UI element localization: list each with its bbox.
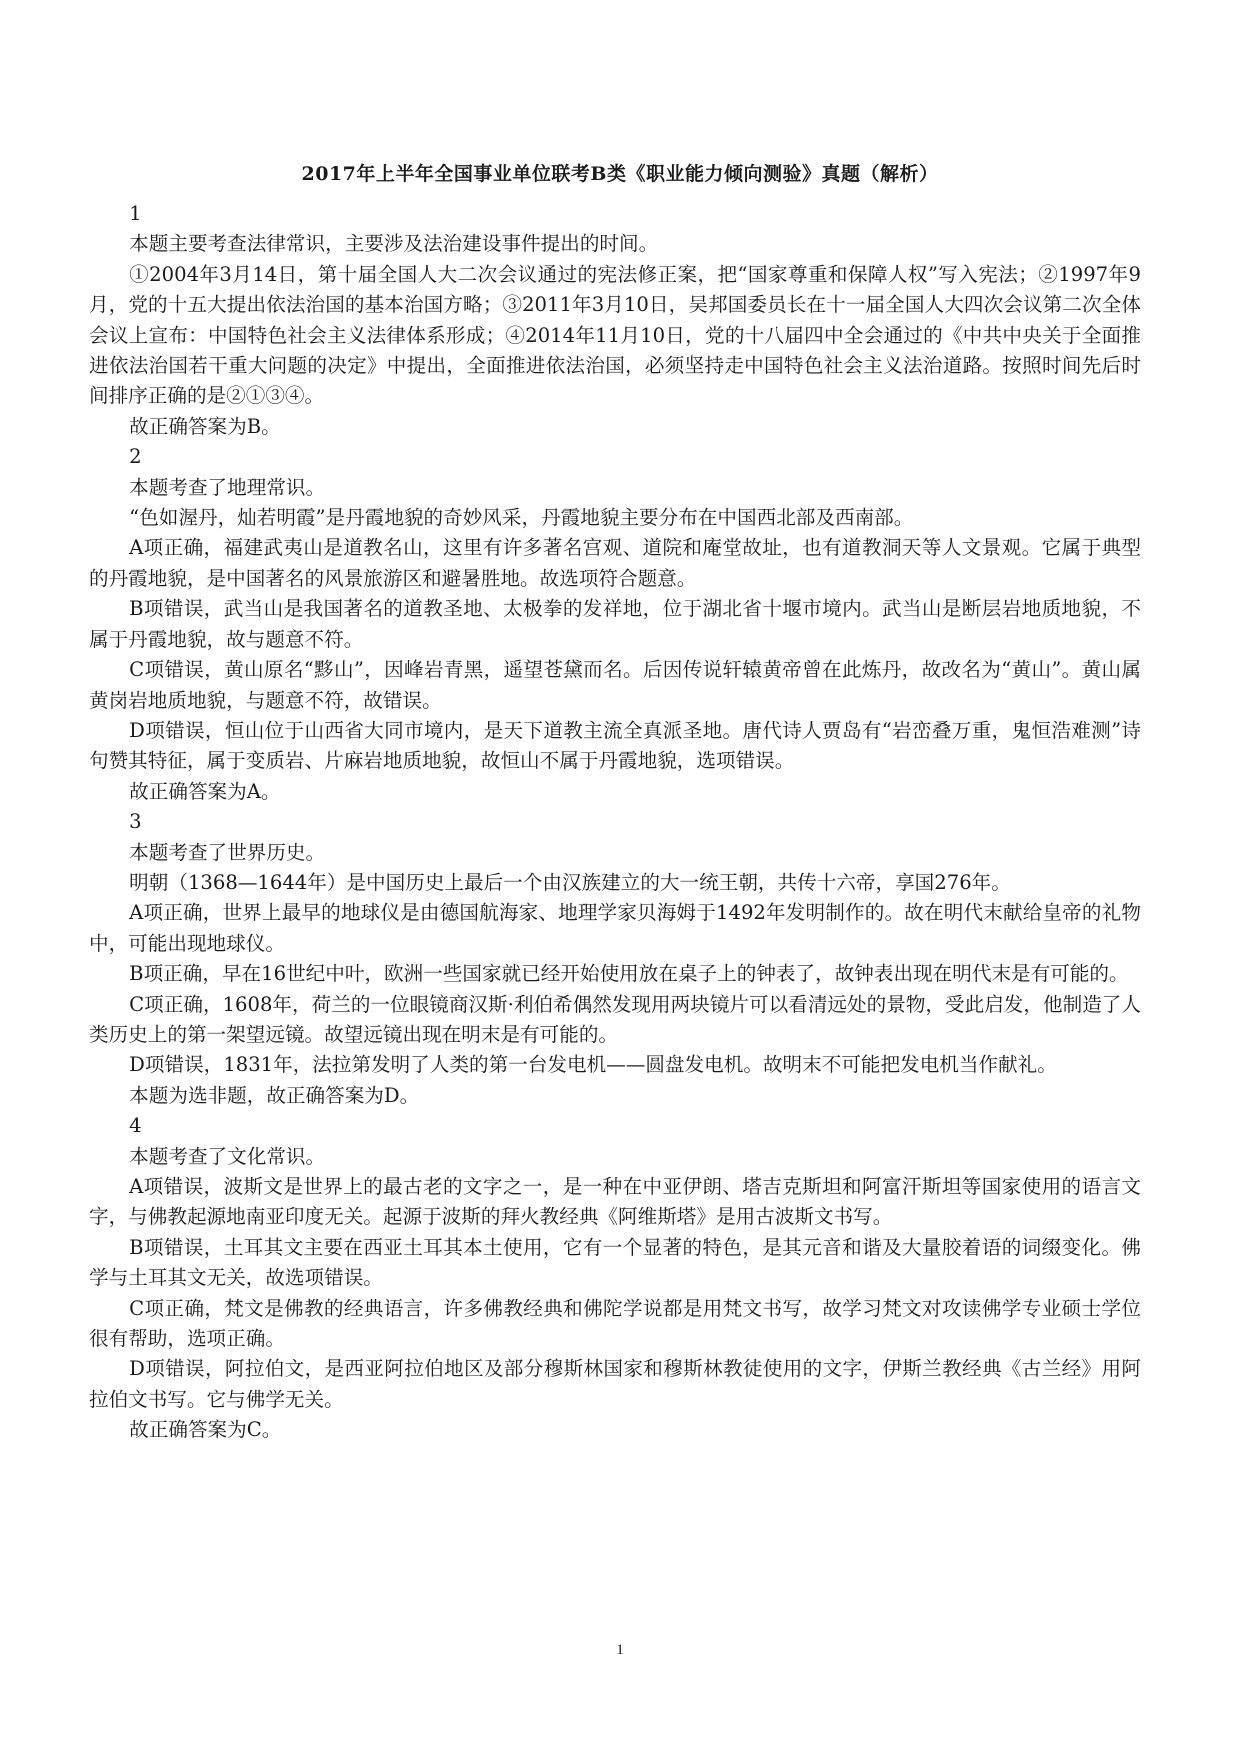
paragraph: 本题主要考查法律常识，主要涉及法治建设事件提出的时间。 xyxy=(89,229,1141,259)
paragraph: 本题考查了文化常识。 xyxy=(89,1142,1141,1172)
paragraph: D项错误，恒山位于山西省大同市境内，是天下道教主流全真派圣地。唐代诗人贾岛有“岩… xyxy=(89,716,1141,777)
paragraph: C项错误，黄山原名“黟山”，因峰岩青黑，遥望苍黛而名。后因传说轩辕黄帝曾在此炼丹… xyxy=(89,655,1141,716)
paragraph: B项错误，土耳其文主要在西亚土耳其本土使用，它有一个显著的特色，是其元音和谐及大… xyxy=(89,1233,1141,1294)
question-number: 2 xyxy=(89,442,1141,472)
paragraph: B项正确，早在16世纪中叶，欧洲一些国家就已经开始使用放在桌子上的钟表了，故钟表… xyxy=(89,959,1141,989)
document-page: 2017年上半年全国事业单位联考B类《职业能力倾向测验》真题（解析） 1 本题主… xyxy=(0,0,1240,1754)
answer-line: 故正确答案为C。 xyxy=(89,1415,1141,1445)
paragraph: 本题考查了地理常识。 xyxy=(89,473,1141,503)
question-4: 4 本题考查了文化常识。 A项错误，波斯文是世界上的最古老的文字之一，是一种在中… xyxy=(89,1111,1141,1445)
answer-line: 故正确答案为B。 xyxy=(89,412,1141,442)
answer-line: 故正确答案为A。 xyxy=(89,777,1141,807)
question-2: 2 本题考查了地理常识。 “色如渥丹，灿若明霞”是丹霞地貌的奇妙风采，丹霞地貌主… xyxy=(89,442,1141,807)
paragraph: D项错误，阿拉伯文，是西亚阿拉伯地区及部分穆斯林国家和穆斯林教徒使用的文字，伊斯… xyxy=(89,1354,1141,1415)
document-title: 2017年上半年全国事业单位联考B类《职业能力倾向测验》真题（解析） xyxy=(0,162,1240,186)
paragraph: D项错误，1831年，法拉第发明了人类的第一台发电机——圆盘发电机。故明末不可能… xyxy=(89,1050,1141,1080)
question-number: 4 xyxy=(89,1111,1141,1141)
document-body: 1 本题主要考查法律常识，主要涉及法治建设事件提出的时间。 ①2004年3月14… xyxy=(89,199,1141,1446)
paragraph: ①2004年3月14日，第十届全国人大二次会议通过的宪法修正案，把“国家尊重和保… xyxy=(89,260,1141,412)
question-1: 1 本题主要考查法律常识，主要涉及法治建设事件提出的时间。 ①2004年3月14… xyxy=(89,199,1141,442)
paragraph: A项正确，世界上最早的地球仪是由德国航海家、地理学家贝海姆于1492年发明制作的… xyxy=(89,898,1141,959)
paragraph: 明朝（1368—1644年）是中国历史上最后一个由汉族建立的大一统王朝，共传十六… xyxy=(89,868,1141,898)
question-number: 3 xyxy=(89,807,1141,837)
paragraph: A项正确，福建武夷山是道教名山，这里有许多著名宫观、道院和庵堂故址，也有道教洞天… xyxy=(89,533,1141,594)
question-number: 1 xyxy=(89,199,1141,229)
paragraph: “色如渥丹，灿若明霞”是丹霞地貌的奇妙风采，丹霞地貌主要分布在中国西北部及西南部… xyxy=(89,503,1141,533)
paragraph: B项错误，武当山是我国著名的道教圣地、太极拳的发祥地，位于湖北省十堰市境内。武当… xyxy=(89,594,1141,655)
paragraph: 本题考查了世界历史。 xyxy=(89,838,1141,868)
page-number: 1 xyxy=(0,1642,1240,1659)
paragraph: A项错误，波斯文是世界上的最古老的文字之一，是一种在中亚伊朗、塔吉克斯坦和阿富汗… xyxy=(89,1172,1141,1233)
paragraph: C项正确，梵文是佛教的经典语言，许多佛教经典和佛陀学说都是用梵文书写，故学习梵文… xyxy=(89,1294,1141,1355)
answer-line: 本题为选非题，故正确答案为D。 xyxy=(89,1081,1141,1111)
paragraph: C项正确，1608年，荷兰的一位眼镜商汉斯·利伯希偶然发现用两块镜片可以看清远处… xyxy=(89,990,1141,1051)
question-3: 3 本题考查了世界历史。 明朝（1368—1644年）是中国历史上最后一个由汉族… xyxy=(89,807,1141,1111)
